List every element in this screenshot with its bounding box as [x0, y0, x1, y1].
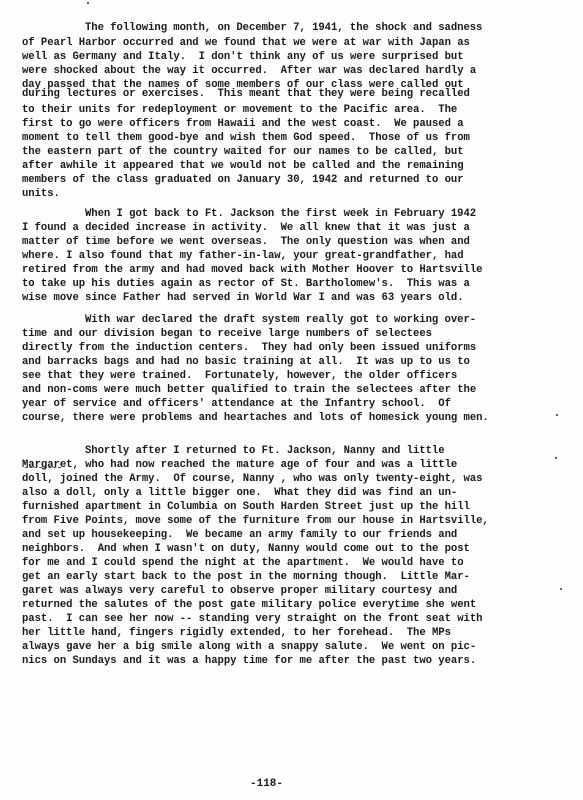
text-line: directly from the induction centers. The…: [22, 342, 476, 354]
text-line: returned the salutes of the post gate mi…: [22, 599, 476, 611]
text-line: where. I also found that my father-in-la…: [22, 250, 464, 262]
text-line: garet was always very careful to observe…: [22, 585, 457, 597]
text-line: neighbors. And when I wasn't on duty, Na…: [22, 543, 470, 555]
typewritten-page: The following month, on December 7, 1941…: [0, 0, 583, 800]
text-line: and non-coms were much better qualified …: [22, 384, 476, 396]
text-line: course, there were problems and heartach…: [22, 412, 489, 424]
text-line: always gave her a big smile along with a…: [22, 641, 476, 653]
text-line: the eastern part of the country waited f…: [22, 146, 464, 158]
text-line: for me and I could spend the night at th…: [22, 557, 464, 569]
text-line: see that they were trained. Fortunately,…: [22, 370, 457, 382]
text-line: furnished apartment in Columbia on South…: [22, 501, 470, 513]
text-line: to take up his duties again as rector of…: [22, 278, 470, 290]
text-line: of Pearl Harbor occurred and we found th…: [22, 37, 470, 49]
page-number: -118-: [250, 778, 283, 790]
text-line: and set up housekeeping. We became an ar…: [22, 529, 457, 541]
text-line: year of service and officers' attendance…: [22, 398, 451, 410]
text-line: after awhile it appeared that we would n…: [22, 160, 464, 172]
text-line: well as Germany and Italy. I don't think…: [22, 51, 464, 63]
text-line: When I got back to Ft. Jackson the first…: [85, 208, 476, 220]
text-line: were shocked about the way it occurred. …: [22, 65, 476, 77]
text-line: wise move since Father had served in Wor…: [22, 292, 464, 304]
text-line: With war declared the draft system reall…: [85, 314, 476, 326]
text-line: nics on Sundays and it was a happy time …: [22, 655, 476, 667]
text-line: Shortly after I returned to Ft. Jackson,…: [85, 445, 445, 457]
text-line: get an early start back to the post in t…: [22, 571, 470, 583]
text-line: moment to tell them good-bye and wish th…: [22, 132, 470, 144]
text-line: members of the class graduated on Januar…: [22, 174, 464, 186]
text-line: during lectures or exercises. This meant…: [22, 88, 470, 100]
text-line: to their units for redeployment or movem…: [22, 104, 457, 116]
text-line: also a doll, only a little bigger one. W…: [22, 487, 457, 499]
scan-speck: [555, 457, 557, 459]
text-line: The following month, on December 7, 1941…: [85, 22, 482, 34]
text-line: matter of time before we went overseas. …: [22, 236, 470, 248]
text-line: from Five Points, move some of the furni…: [22, 515, 489, 527]
text-line: units.: [22, 188, 60, 200]
scan-speck: [87, 2, 89, 4]
text-line: doll, joined the Army. Of course, Nanny …: [22, 473, 482, 485]
text-line: retired from the army and had moved back…: [22, 264, 482, 276]
text-line: time and our division began to receive l…: [22, 328, 432, 340]
text-line: first to go were officers from Hawaii an…: [22, 118, 464, 130]
text-line: I found a decided increase in activity. …: [22, 222, 470, 234]
text-line: past. I can see her now -- standing very…: [22, 613, 482, 625]
scan-speck: [560, 588, 562, 590]
text-line: Margaret, who had now reached the mature…: [22, 459, 457, 471]
text-line: and barracks bags and had no basic train…: [22, 356, 470, 368]
text-line: her little hand, fingers rigidly extende…: [22, 627, 451, 639]
scan-speck: [556, 414, 558, 416]
